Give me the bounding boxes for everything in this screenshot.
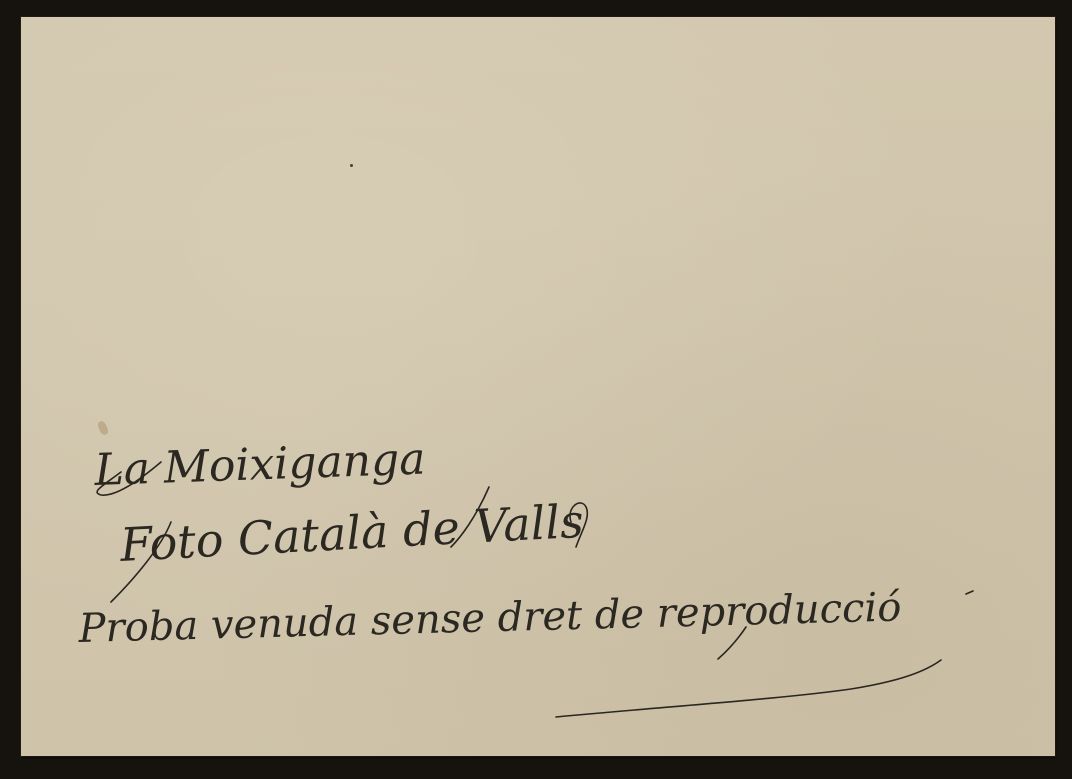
paper-card: La Moixiganga Foto Català de Valls Proba… <box>21 17 1055 756</box>
scan-background: La Moixiganga Foto Català de Valls Proba… <box>0 0 1072 779</box>
underline-flourish <box>556 660 941 717</box>
handwritten-line-3: Proba venuda sense dret de reproducció <box>77 584 902 652</box>
handwritten-line-2: Foto Català de Valls <box>118 494 585 572</box>
handwriting-svg: La Moixiganga Foto Català de Valls Proba… <box>21 17 1055 756</box>
handwritten-line-1: La Moixiganga <box>93 433 427 496</box>
ink-accent <box>966 591 973 594</box>
